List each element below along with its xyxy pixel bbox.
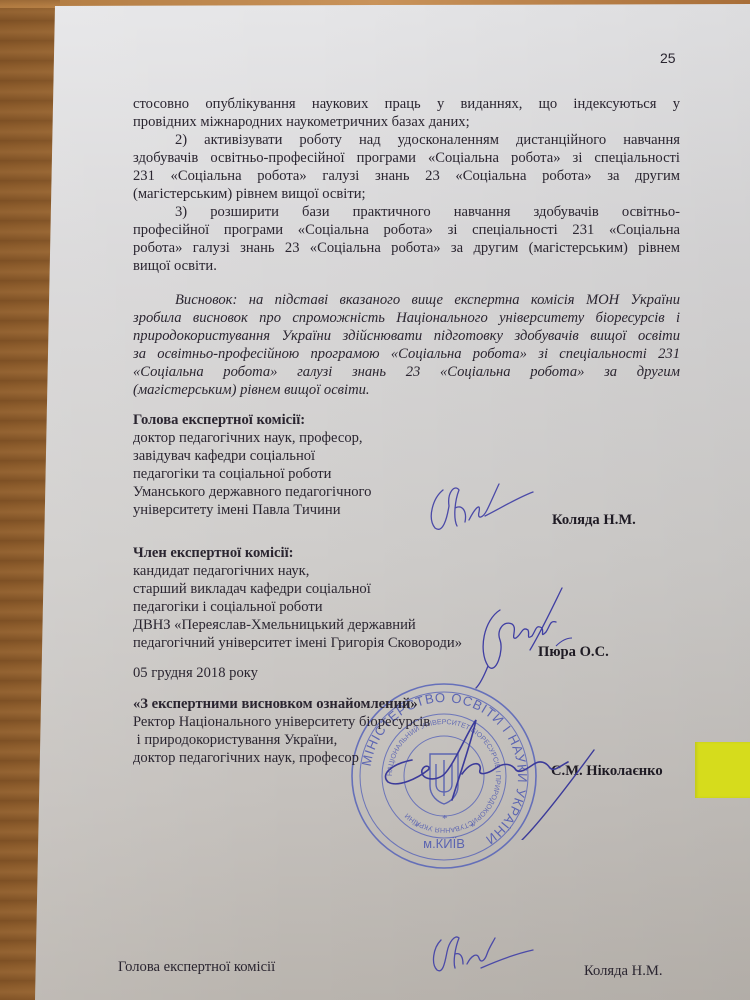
text-line: вищої освіти. bbox=[133, 258, 680, 276]
text-line: здобувачів освітньо-професійної програми… bbox=[133, 150, 680, 168]
text-line: Висновок: на підставі вказаного вище екс… bbox=[133, 292, 680, 310]
text-line: зробила висновок про спроможність Націон… bbox=[133, 310, 680, 328]
recommendation-3: 3) розширити бази практичного навчання з… bbox=[133, 204, 680, 276]
rector-signature-icon bbox=[372, 690, 612, 840]
chair-name: Коляда Н.М. bbox=[552, 512, 636, 529]
conclusion-paragraph: Висновок: на підставі вказаного вище екс… bbox=[133, 292, 680, 400]
text-line: кандидат педагогічних наук, bbox=[133, 563, 553, 581]
text-line: доктор педагогічних наук, професор, bbox=[133, 430, 533, 448]
continuation-paragraph: стосовно опублікування наукових праць у … bbox=[133, 96, 680, 132]
text-line: 2) активізувати роботу над удосконалення… bbox=[133, 132, 680, 150]
page-number: 25 bbox=[660, 50, 676, 66]
text-line: провідних міжнародних наукометричних баз… bbox=[133, 114, 680, 132]
text-line: 3) розширити бази практичного навчання з… bbox=[133, 204, 680, 222]
yellow-sticky-tab bbox=[695, 742, 750, 798]
chair-signature-icon bbox=[425, 478, 535, 538]
footer-chair-name: Коляда Н.М. bbox=[584, 962, 662, 980]
chair-heading: Голова експертної комісії: bbox=[133, 412, 533, 430]
text-line: природокористування України здійснювати … bbox=[133, 328, 680, 346]
text-line: (магістерським) рівнем вищої освіти; bbox=[133, 186, 680, 204]
footer-chair-label: Голова експертної комісії bbox=[118, 958, 275, 976]
member-heading: Член експертної комісії: bbox=[133, 545, 553, 563]
text-line: 231 «Соціальна робота» галузі знань 23 «… bbox=[133, 168, 680, 186]
text-line: (магістерським) рівнем вищої освіти. bbox=[133, 382, 680, 400]
text-line: професійної програми «Соціальна робота» … bbox=[133, 222, 680, 240]
text-line: завідувач кафедри соціальної bbox=[133, 448, 533, 466]
text-line: «Соціальна робота» галузі знань 23 «Соці… bbox=[133, 364, 680, 382]
text-line: робота» галузі знань 23 «Соціальна робот… bbox=[133, 240, 680, 258]
member-signature-icon bbox=[470, 580, 580, 690]
footer-signature-icon bbox=[425, 928, 535, 978]
signing-date: 05 грудня 2018 року bbox=[133, 664, 258, 682]
recommendation-2: 2) активізувати роботу над удосконалення… bbox=[133, 132, 680, 204]
text-line: за освітньо-професійною програмою «Соціа… bbox=[133, 346, 680, 364]
text-line: стосовно опублікування наукових праць у … bbox=[133, 96, 680, 114]
